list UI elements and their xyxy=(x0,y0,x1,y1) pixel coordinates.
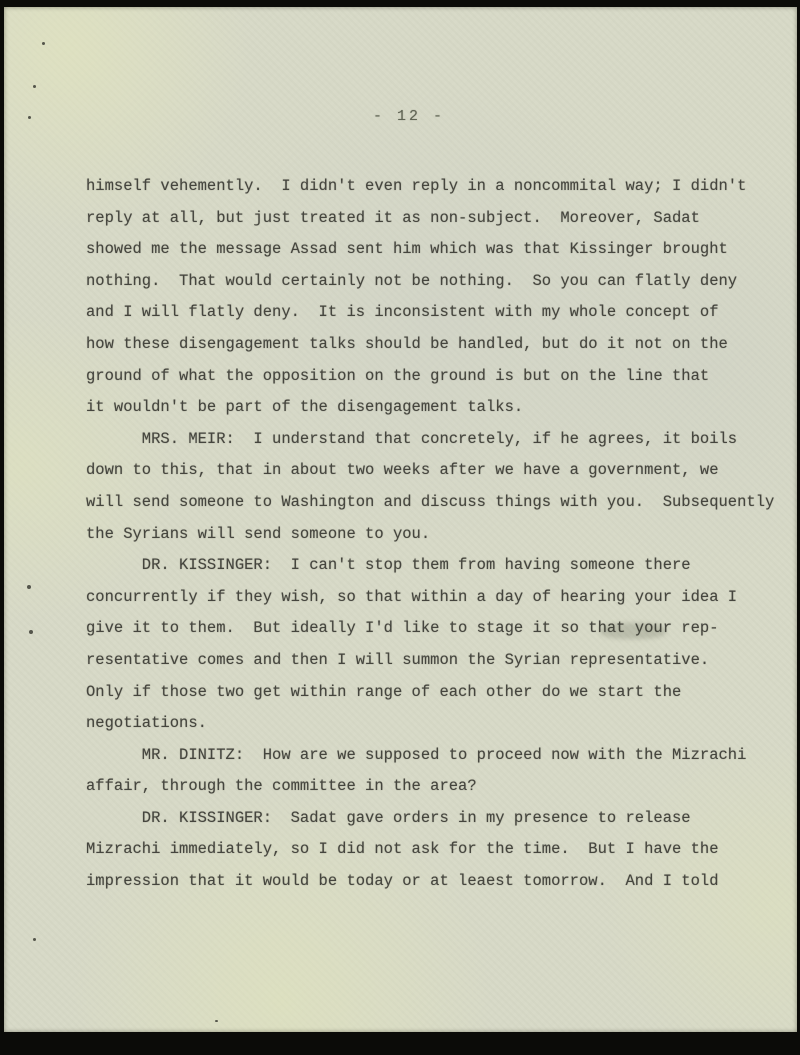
text-line: reply at all, but just treated it as non… xyxy=(86,203,792,235)
text-line: showed me the message Assad sent him whi… xyxy=(86,234,792,266)
text-line: MRS. MEIR: I understand that concretely,… xyxy=(86,424,792,456)
text-line: DR. KISSINGER: Sadat gave orders in my p… xyxy=(86,803,792,835)
text-line: and I will flatly deny. It is inconsiste… xyxy=(86,297,792,329)
text-line: down to this, that in about two weeks af… xyxy=(86,455,792,487)
text-line: ground of what the opposition on the gro… xyxy=(86,361,792,393)
paper-speck xyxy=(28,116,31,119)
paper-sheet: - 12 - himself vehemently. I didn't even… xyxy=(4,7,797,1032)
text-line: nothing. That would certainly not be not… xyxy=(86,266,792,298)
paper-speck xyxy=(33,85,36,88)
text-line: Mizrachi immediately, so I did not ask f… xyxy=(86,834,792,866)
paper-speck xyxy=(29,630,33,634)
text-line: will send someone to Washington and disc… xyxy=(86,487,792,519)
paper-speck xyxy=(27,585,31,589)
paper-speck xyxy=(42,42,45,45)
text-line: resentative comes and then I will summon… xyxy=(86,645,792,677)
text-line: it wouldn't be part of the disengagement… xyxy=(86,392,792,424)
text-line: impression that it would be today or at … xyxy=(86,866,792,898)
text-line: MR. DINITZ: How are we supposed to proce… xyxy=(86,740,792,772)
text-line: give it to them. But ideally I'd like to… xyxy=(86,613,792,645)
paper-speck xyxy=(215,1020,218,1022)
text-line: DR. KISSINGER: I can't stop them from ha… xyxy=(86,550,792,582)
text-line: negotiations. xyxy=(86,708,792,740)
text-line: how these disengagement talks should be … xyxy=(86,329,792,361)
paper-speck xyxy=(33,938,36,941)
scanned-document-background: - 12 - himself vehemently. I didn't even… xyxy=(0,0,800,1055)
text-line: affair, through the committee in the are… xyxy=(86,771,792,803)
page-number: - 12 - xyxy=(334,108,484,125)
text-line: the Syrians will send someone to you. xyxy=(86,519,792,551)
text-line: concurrently if they wish, so that withi… xyxy=(86,582,792,614)
text-line: Only if those two get within range of ea… xyxy=(86,677,792,709)
text-line: himself vehemently. I didn't even reply … xyxy=(86,171,792,203)
document-text: himself vehemently. I didn't even reply … xyxy=(86,171,792,898)
ink-smudge xyxy=(600,623,666,639)
